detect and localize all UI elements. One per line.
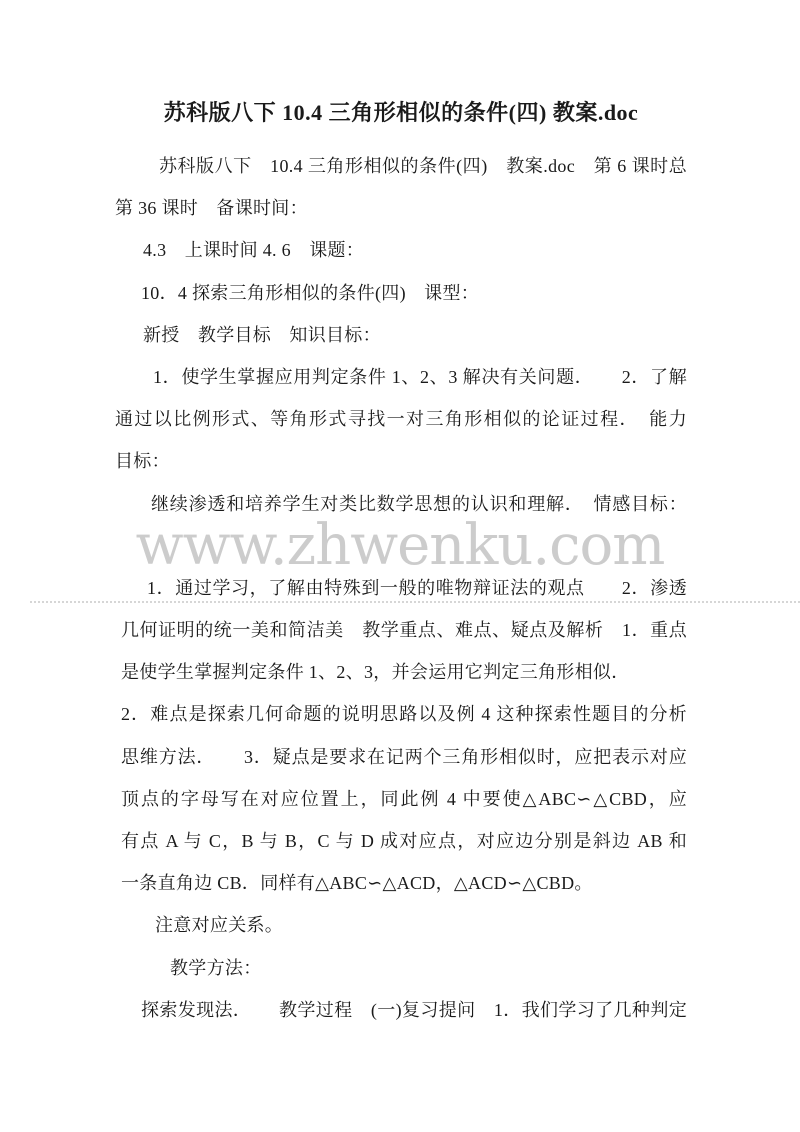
document-line: 思维方法． 3．疑点是要求在记两个三角形相似时，应把表示对应 xyxy=(115,736,687,778)
document-line: 顶点的字母写在对应位置上，同此例 4 中要使△ABC∽△CBD，应 xyxy=(115,778,687,820)
document-line: 是使学生掌握判定条件 1、2、3，并会运用它判定三角形相似． xyxy=(115,651,687,693)
document-line: 新授 教学目标 知识目标： xyxy=(115,314,687,356)
document-line: 注意对应关系。 xyxy=(115,904,687,946)
document-line: 目标： xyxy=(115,440,687,482)
document-body: 苏科版八下 10.4 三角形相似的条件(四) 教案.doc 第 6 课时总第 3… xyxy=(115,145,687,1031)
document-line: 通过以比例形式、等角形式寻找一对三角形相似的论证过程． 能力 xyxy=(115,398,687,440)
document-line xyxy=(115,525,687,567)
document-line: 几何证明的统一美和简洁美 教学重点、难点、疑点及解析 1．重点 xyxy=(115,609,687,651)
document-line: 有点 A 与 C，B 与 B，C 与 D 成对应点，对应边分别是斜边 AB 和 xyxy=(115,820,687,862)
document-line: 第 36 课时 备课时间： xyxy=(115,187,687,229)
document-line: 苏科版八下 10.4 三角形相似的条件(四) 教案.doc 第 6 课时总 xyxy=(115,145,687,187)
document-line: 探索发现法． 教学过程 (一)复习提问 1．我们学习了几种判定 xyxy=(115,989,687,1031)
document-title: 苏科版八下 10.4 三角形相似的条件(四) 教案.doc xyxy=(115,98,687,128)
document-line: 10．4 探索三角形相似的条件(四) 课型： xyxy=(115,272,687,314)
document-line: 一条直角边 CB．同样有△ABC∽△ACD，△ACD∽△CBD。 xyxy=(115,862,687,904)
document-line: 1．使学生掌握应用判定条件 1、2、3 解决有关问题． 2．了解 xyxy=(115,356,687,398)
document-line: 4.3 上课时间 4. 6 课题： xyxy=(115,229,687,271)
document-line: 继续渗透和培养学生对类比数学思想的认识和理解． 情感目标： xyxy=(115,483,687,525)
document-page: 苏科版八下 10.4 三角形相似的条件(四) 教案.doc www.zhwenk… xyxy=(0,0,800,1132)
document-line: 1．通过学习，了解由特殊到一般的唯物辩证法的观点 2．渗透 xyxy=(115,567,687,609)
document-line: 2．难点是探索几何命题的说明思路以及例 4 这种探索性题目的分析 xyxy=(115,693,687,735)
document-line: 教学方法： xyxy=(115,947,687,989)
